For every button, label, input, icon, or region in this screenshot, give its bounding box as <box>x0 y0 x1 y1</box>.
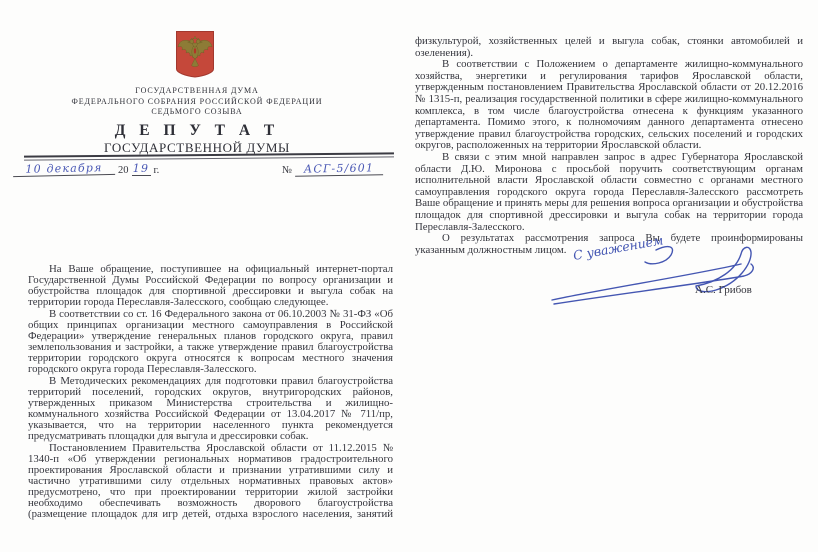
body-paragraph: На Ваше обращение, поступившее на официа… <box>28 264 393 309</box>
russian-coat-of-arms-icon <box>175 30 215 78</box>
body-paragraph: физкультурой, хозяйственных целей и выгу… <box>415 36 803 59</box>
handwritten-salutation: С уважением <box>572 236 664 263</box>
letterhead: ГОСУДАРСТВЕННАЯ ДУМА ФЕДЕРАЛЬНОГО СОБРАН… <box>17 86 377 154</box>
role-title: Д Е П У Т А Т <box>17 123 377 139</box>
page2-body: физкультурой, хозяйственных целей и выгу… <box>415 36 803 256</box>
handwritten-day-month: 10 декабря <box>13 161 115 177</box>
body-paragraph: В Методических рекомендациях для подгото… <box>28 376 393 443</box>
body-paragraph: В соответствии с Положением о департамен… <box>415 59 803 152</box>
signer-name: А.С. Грибов <box>695 284 752 296</box>
role-subtitle: ГОСУДАРСТВЕННОЙ ДУМЫ <box>17 141 377 154</box>
body-paragraph: В соответствии со ст. 16 Федерального за… <box>28 309 393 376</box>
org-name-line2: ФЕДЕРАЛЬНОГО СОБРАНИЯ РОССИЙСКОЙ ФЕДЕРАЦ… <box>17 97 377 108</box>
printed-year-suffix: г. <box>154 165 160 176</box>
org-name-line1: ГОСУДАРСТВЕННАЯ ДУМА <box>17 86 377 97</box>
org-name-line3: СЕДЬМОГО СОЗЫВА <box>17 107 377 118</box>
handwritten-year: 19 <box>132 162 151 176</box>
body-paragraph: В связи с этим мной направлен запрос в а… <box>415 152 803 233</box>
date-and-number-row: 10 декабря 20 19 г. № АСГ-5/601 <box>13 162 383 176</box>
handwritten-number: АСГ-5/601 <box>295 161 383 177</box>
body-paragraph: Постановлением Правительства Ярославской… <box>28 443 393 521</box>
printed-year-prefix: 20 <box>118 165 129 176</box>
number-label: № <box>282 165 292 176</box>
scanned-letter: ГОСУДАРСТВЕННАЯ ДУМА ФЕДЕРАЛЬНОГО СОБРАН… <box>0 0 818 552</box>
handwritten-signature: С уважением <box>548 236 774 308</box>
page1-body: На Ваше обращение, поступившее на официа… <box>28 264 393 521</box>
document-number-field: № АСГ-5/601 <box>282 162 383 176</box>
date-field: 10 декабря 20 19 г. <box>13 162 159 176</box>
